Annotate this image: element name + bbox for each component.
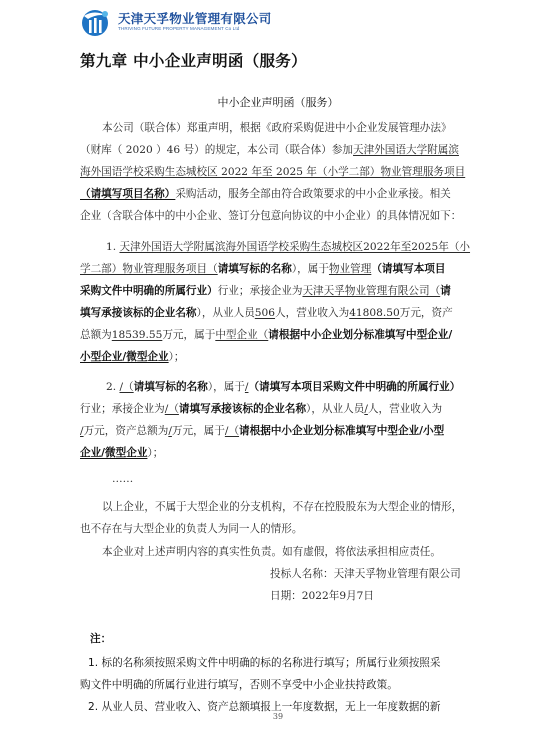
hint-project-name: （请填写项目名称） <box>80 188 175 200</box>
para1-line4: （请填写项目名称）采购活动，服务全部由符合政策要求的中小企业承接。相关 <box>80 187 485 201</box>
note-1-cont: 购文件中明确的所属行业进行填写，否则不享受中小企业扶持政策。 <box>80 678 485 692</box>
text: 万元，资产总额为 <box>84 425 169 437</box>
logo-emblem-icon <box>80 7 114 37</box>
para3: 本企业对上述声明内容的真实性负责。如有虚假，将依法承担相应责任。 <box>80 545 507 559</box>
item1-company: 天津天孚物业管理有限公司（ <box>302 285 440 297</box>
logo-chinese-name: 天津天孚物业管理有限公司 <box>118 12 272 26</box>
item1-size: 中型企业（ <box>215 329 268 341</box>
text: 采购活动，服务全部由符合政策要求的中小企业承接。相关 <box>175 188 450 200</box>
item2-name-blank: /（ <box>119 381 133 393</box>
para1-line1: 本公司（联合体）郑重声明，根据《政府采购促进中小企业发展管理办法》 <box>80 121 507 135</box>
text: 人，营业收入为 <box>368 403 442 415</box>
text: 万元，属于 <box>172 425 225 437</box>
item2-line4: 企业/微型企业）； <box>80 446 485 460</box>
item2-company-blank: /（ <box>165 403 179 415</box>
text: 万元，资产 <box>400 307 453 319</box>
notes-title: 注： <box>90 632 495 646</box>
hint-company: 请 <box>440 285 451 297</box>
item2-line3: /万元，资产总额为/万元，属于/（请根据中小企业划分标准填写中型企业/小型 <box>80 424 485 438</box>
text: ）； <box>169 351 185 363</box>
text: 万元，属于 <box>162 329 215 341</box>
item2-size-blank: /（ <box>225 425 239 437</box>
hint-company: 请填写承接该标的企业名称 <box>179 403 306 415</box>
text: ），属于 <box>292 263 329 275</box>
hint-size: 请根据中小企业划分标准填写中型企业/小型 <box>239 425 444 437</box>
hint-size-cont: 小型企业/微型企业 <box>80 351 169 363</box>
company-logo: 天津天孚物业管理有限公司 THRIVING FUTURE PROPERTY MA… <box>80 7 272 37</box>
item1-assets: 18539.55 <box>112 329 163 341</box>
hint-industry-cont: 采购文件中明确的所属行业） <box>80 285 218 297</box>
item1-revenue: 41808.50 <box>349 307 400 319</box>
hint-industry: （请填写本项目 <box>371 263 445 275</box>
item1-line2: 学二部）物业管理服务项目（请填写标的名称），属于物业管理（请填写本项目 <box>80 262 485 276</box>
ellipsis: …… <box>80 472 517 486</box>
item-number: 1. <box>106 241 119 253</box>
item2-line1: 2. /（请填写标的名称），属于/（请填写本项目采购文件中明确的所属行业） <box>80 380 511 394</box>
item1-line6: 小型企业/微型企业）； <box>80 350 485 364</box>
text: 总额为 <box>80 329 112 341</box>
text: ），属于 <box>208 381 245 393</box>
bidder-name: 天津天孚物业管理有限公司 <box>334 568 461 580</box>
text: ）； <box>147 447 163 459</box>
text: 行业；承接企业为 <box>80 403 165 415</box>
text: （财库（ 2020 ）46 号）的规定，本公司（联合体）参加 <box>80 144 353 156</box>
project-name-part1: 天津外国语大学附属滨 <box>353 144 459 156</box>
para2-line2: 也不存在与大型企业的负责人为同一人的情形。 <box>80 522 485 536</box>
hint-company-cont: 填写承接该标的企业名称 <box>80 307 197 319</box>
page-number: 39 <box>0 712 556 721</box>
date-label: 日期： <box>270 590 302 602</box>
note-1: 1. 标的名称须按照采购文件中明确的标的名称进行填写；所属行业须按照采 <box>88 656 493 670</box>
project-name-part2: 海外国语学校采购生态城校区 2022 年至 2025 年（小学二部）物业管理服务… <box>80 165 485 179</box>
item1-name-cont: 学二部）物业管理服务项目（ <box>80 263 218 275</box>
item2-line2: 行业；承接企业为/（请填写承接该标的企业名称），从业人员/人，营业收入为 <box>80 402 485 416</box>
para2-line1: 以上企业，不属于大型企业的分支机构，不存在控股股东为大型企业的情形， <box>80 500 507 514</box>
text: ），从业人员 <box>306 403 364 415</box>
text: ），从业人员 <box>197 307 255 319</box>
hint-name: 请填写标的名称 <box>134 381 208 393</box>
text: 行业；承接企业为 <box>218 285 303 297</box>
hint-size-cont: 企业/微型企业 <box>80 447 147 459</box>
item-number: 2. <box>106 381 119 393</box>
para1-line5: 企业（含联合体中的中小企业、签订分包意向协议的中小企业）的具体情况如下： <box>80 209 485 223</box>
item1-line5: 总额为18539.55万元，属于中型企业（请根据中小企业划分标准填写中型企业/ <box>80 328 485 342</box>
date-value: 2022年9月7日 <box>302 590 374 602</box>
logo-english-name: THRIVING FUTURE PROPERTY MANAGEMENT Co L… <box>118 26 272 32</box>
item1-industry: 物业管理 <box>329 263 371 275</box>
item1-employees: 506 <box>255 307 275 319</box>
para1-line2: （财库（ 2020 ）46 号）的规定，本公司（联合体）参加天津外国语大学附属滨 <box>80 143 485 157</box>
hint-name: 请填写标的名称 <box>218 263 292 275</box>
bidder-label: 投标人名称： <box>270 568 334 580</box>
hint-industry: （请填写本项目采购文件中明确的所属行业） <box>248 381 460 393</box>
bidder-line: 投标人名称：天津天孚物业管理有限公司 <box>270 567 490 581</box>
date-line: 日期：2022年9月7日 <box>270 589 490 603</box>
chapter-title: 第九章 中小企业声明函（服务） <box>80 49 307 71</box>
item1-name: 天津外国语大学附属滨海外国语学校采购生态城校区2022年至2025年（小 <box>119 241 470 253</box>
item1-line4: 填写承接该标的企业名称），从业人员506人，营业收入为41808.50万元，资产 <box>80 306 485 320</box>
item1-line3: 采购文件中明确的所属行业）行业；承接企业为天津天孚物业管理有限公司（请 <box>80 284 485 298</box>
item1-line1: 1. 天津外国语大学附属滨海外国语学校采购生态城校区2022年至2025年（小 <box>80 240 511 254</box>
hint-size: 请根据中小企业划分标准填写中型企业/ <box>268 329 452 341</box>
document-title: 中小企业声明函（服务） <box>0 94 556 110</box>
text: 人，营业收入为 <box>275 307 349 319</box>
